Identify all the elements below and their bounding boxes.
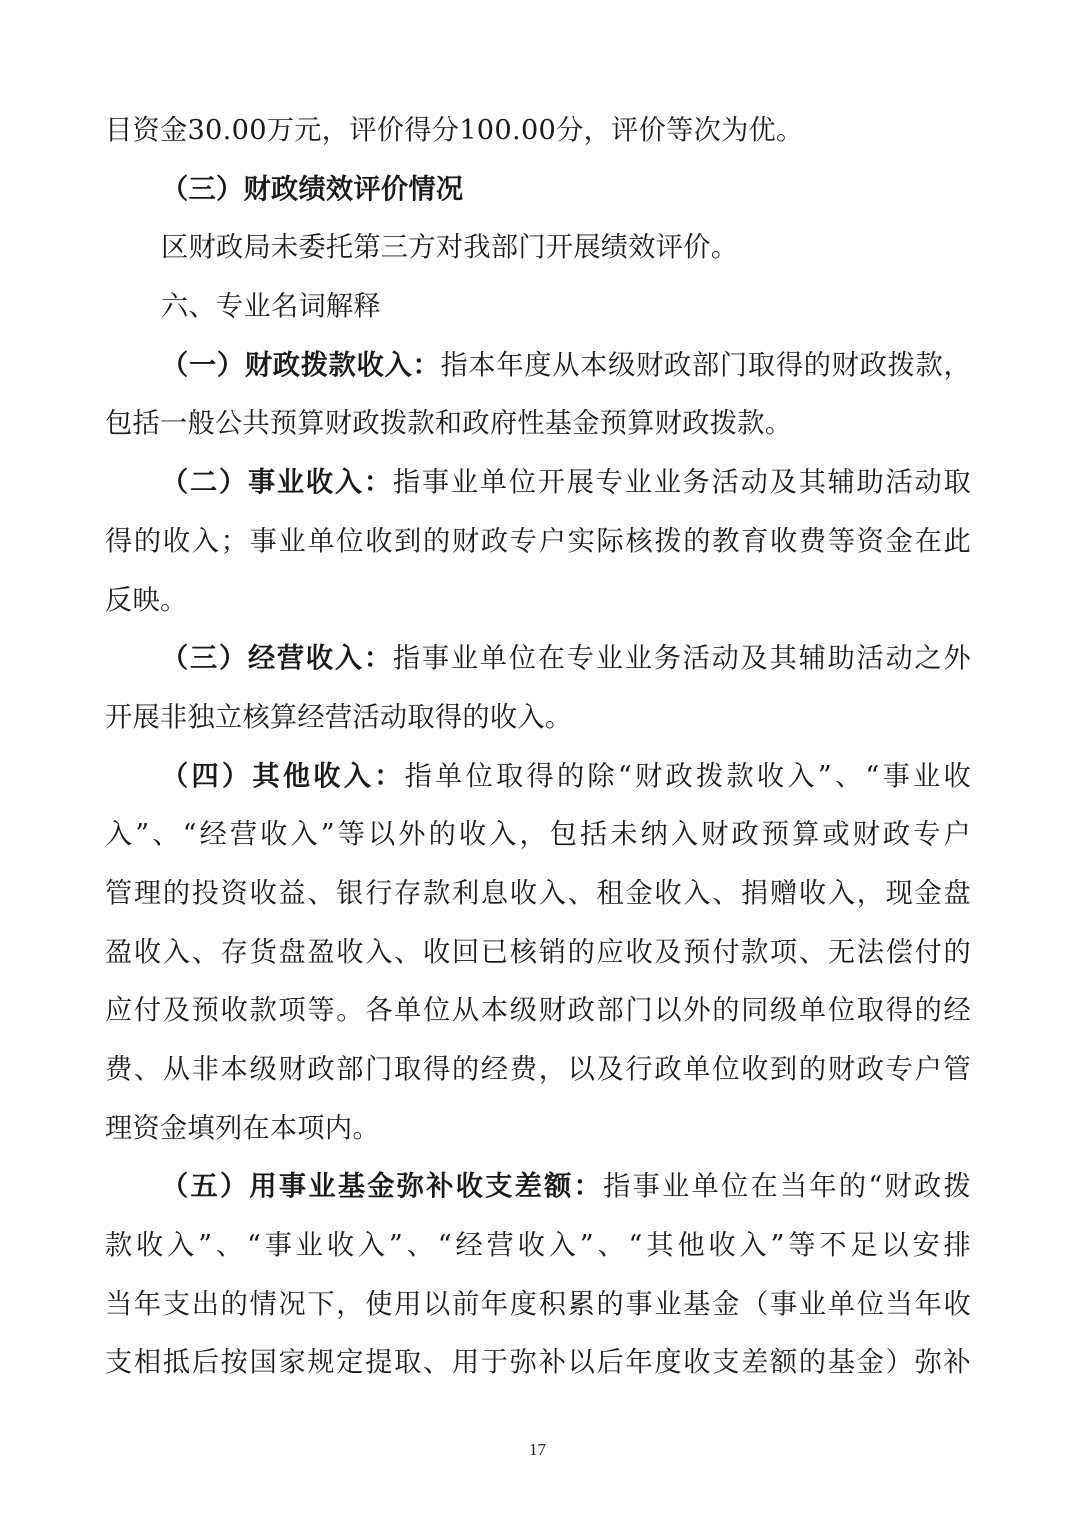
term-label: （五）用事业基金弥补收支差额： [161, 1171, 603, 1202]
section-heading: （三）财政绩效评价情况 [161, 174, 463, 205]
paragraph-line: 得的收入；事业单位收到的财政专户实际核拨的教育收费等资金在此 [105, 520, 971, 579]
paragraph-line: 支相抵后按国家规定提取、用于弥补以后年度收支差额的基金）弥补 [105, 1341, 971, 1400]
term-definition: 指事业单位在当年的“财政拨 [603, 1171, 971, 1202]
paragraph-line: 区财政局未委托第三方对我部门开展绩效评价。 [105, 226, 971, 285]
line-text: 款收入”、“事业收入”、“经营收入”、“其他收入”等不足以安排 [105, 1230, 971, 1261]
term-fiscal-appropriation: （一）财政拨款收入：指本年度从本级财政部门取得的财政拨款， [105, 344, 971, 403]
paragraph-line: 入”、“经营收入”等以外的收入，包括未纳入财政预算或财政专户 [105, 813, 971, 872]
term-label: （二）事业收入： [161, 467, 393, 498]
line-text: 当年支出的情况下，使用以前年度积累的事业基金（事业单位当年收 [105, 1289, 971, 1320]
paragraph-line: 包括一般公共预算财政拨款和政府性基金预算财政拨款。 [105, 402, 971, 461]
line-text: 应付及预收款项等。各单位从本级财政部门以外的同级单位取得的经 [105, 995, 971, 1026]
line-text: 开展非独立核算经营活动取得的收入。 [105, 702, 572, 733]
line-text: 支相抵后按国家规定提取、用于弥补以后年度收支差额的基金）弥补 [105, 1347, 971, 1378]
paragraph-line: 应付及预收款项等。各单位从本级财政部门以外的同级单位取得的经 [105, 989, 971, 1048]
term-business-income: （二）事业收入：指事业单位开展专业业务活动及其辅助活动取 [105, 461, 971, 520]
term-definition: 指本年度从本级财政部门取得的财政拨款， [440, 350, 971, 381]
paragraph-line: 盈收入、存货盘盈收入、收回已核销的应收及预付款项、无法偿付的 [105, 931, 971, 990]
term-label: （一）财政拨款收入： [161, 350, 440, 381]
term-definition: 指单位取得的除“财政拨款收入”、“事业收 [405, 761, 971, 792]
line-text: 管理的投资收益、银行存款利息收入、租金收入、捐赠收入，现金盘 [105, 878, 971, 909]
term-operating-income: （三）经营收入：指事业单位在专业业务活动及其辅助活动之外 [105, 637, 971, 696]
chapter-heading-terms: 六、专业名词解释 [105, 285, 971, 344]
term-definition: 指事业单位开展专业业务活动及其辅助活动取 [393, 467, 971, 498]
line-text: 区财政局未委托第三方对我部门开展绩效评价。 [161, 232, 738, 263]
line-text: 理资金填列在本项内。 [105, 1113, 380, 1144]
line-text: 反映。 [105, 585, 187, 616]
paragraph-line: 费、从非本级财政部门取得的经费，以及行政单位收到的财政专户管 [105, 1048, 971, 1107]
term-definition: 指事业单位在专业业务活动及其辅助活动之外 [393, 643, 971, 674]
paragraph-line: 反映。 [105, 579, 971, 638]
line-text: 包括一般公共预算财政拨款和政府性基金预算财政拨款。 [105, 408, 792, 439]
paragraph-line: 目资金30.00万元，评价得分100.00分，评价等次为优。 [105, 109, 971, 168]
term-label: （四）其他收入： [161, 761, 405, 792]
line-text: 入”、“经营收入”等以外的收入，包括未纳入财政预算或财政专户 [105, 819, 971, 850]
paragraph-line: 当年支出的情况下，使用以前年度积累的事业基金（事业单位当年收 [105, 1283, 971, 1342]
paragraph-line: 开展非独立核算经营活动取得的收入。 [105, 696, 971, 755]
line-text: 目资金30.00万元，评价得分100.00分，评价等次为优。 [105, 115, 804, 146]
chapter-heading: 六、专业名词解释 [161, 291, 381, 322]
page-number: 17 [0, 1440, 1075, 1460]
line-text: 得的收入；事业单位收到的财政专户实际核拨的教育收费等资金在此 [105, 526, 971, 557]
line-text: 盈收入、存货盘盈收入、收回已核销的应收及预付款项、无法偿付的 [105, 937, 971, 968]
term-label: （三）经营收入： [161, 643, 393, 674]
section-heading-performance-evaluation: （三）财政绩效评价情况 [105, 168, 971, 227]
paragraph-line: 管理的投资收益、银行存款利息收入、租金收入、捐赠收入，现金盘 [105, 872, 971, 931]
document-page: 目资金30.00万元，评价得分100.00分，评价等次为优。 （三）财政绩效评价… [105, 109, 971, 1400]
line-text: 费、从非本级财政部门取得的经费，以及行政单位收到的财政专户管 [105, 1054, 971, 1085]
term-business-fund-offset: （五）用事业基金弥补收支差额：指事业单位在当年的“财政拨 [105, 1165, 971, 1224]
paragraph-line: 款收入”、“事业收入”、“经营收入”、“其他收入”等不足以安排 [105, 1224, 971, 1283]
paragraph-line: 理资金填列在本项内。 [105, 1107, 971, 1166]
term-other-income: （四）其他收入：指单位取得的除“财政拨款收入”、“事业收 [105, 755, 971, 814]
